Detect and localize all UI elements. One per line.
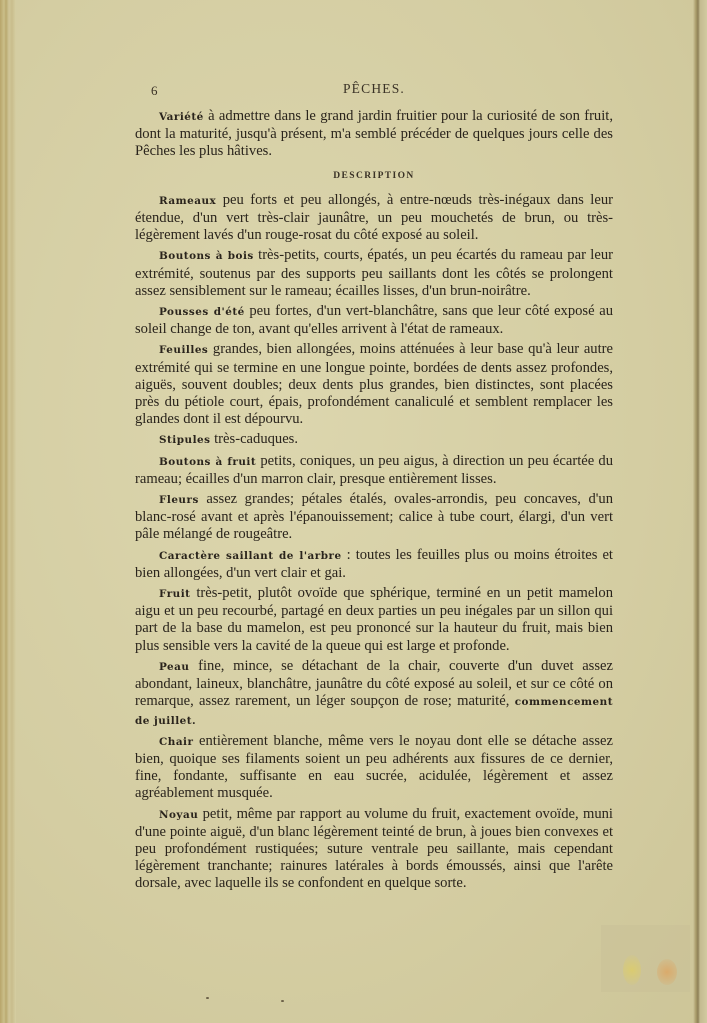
paragraph-term: Feuilles [159, 344, 208, 356]
running-head-title: PÊCHES. [135, 80, 613, 97]
paragraph-text: petit, même par rapport au volume du fru… [135, 806, 613, 892]
paragraph-term: Fruit [159, 588, 190, 600]
description-paragraph-fruit: Fruit très-petit, plutôt ovoïde que sphé… [135, 585, 613, 655]
paper-speck [281, 1000, 284, 1002]
description-paragraph-stipules: Stipules très-caduques. [135, 431, 613, 449]
section-title: DESCRIPTION [135, 168, 613, 185]
paragraph-term: Fleurs [159, 494, 199, 506]
description-paragraph-caractere: Caractère saillant de l'arbre : toutes l… [135, 547, 613, 582]
book-spine-edge [0, 0, 16, 1023]
paragraph-term: Chair [159, 736, 193, 748]
description-paragraph-rameaux: Rameaux peu forts et peu allongés, à ent… [135, 192, 613, 245]
paragraph-term: Caractère saillant de l'arbre [159, 550, 342, 562]
paragraph-term: Pousses d'été [159, 306, 245, 318]
fruit-shape [623, 955, 641, 985]
description-paragraph-peau: Peau fine, mince, se détachant de la cha… [135, 658, 613, 730]
description-paragraph-chair: Chair entièrement blanche, même vers le … [135, 733, 613, 803]
paragraph-term: Boutons à bois [159, 250, 254, 262]
intro-paragraph: Variété à admettre dans le grand jardin … [135, 108, 613, 161]
paragraph-text: entièrement blanche, même vers le noyau … [135, 733, 613, 802]
paragraph-text: assez grandes; pétales étalés, ovales-ar… [135, 491, 613, 542]
running-head: 6 PÊCHES. [135, 78, 613, 102]
description-paragraph-boutons-a-fruit: Boutons à fruit petits, coniques, un peu… [135, 453, 613, 488]
paragraph-term: Boutons à fruit [159, 456, 256, 468]
description-paragraph-feuilles: Feuilles grandes, bien allongées, moins … [135, 341, 613, 428]
paragraph-term: Stipules [159, 434, 210, 446]
page-right-edge [693, 0, 707, 1023]
show-through-fruit-illustration [601, 925, 690, 992]
book-page: 6 PÊCHES. Variété à admettre dans le gra… [0, 0, 707, 1023]
paragraph-term: Noyau [159, 809, 198, 821]
page-text: 6 PÊCHES. Variété à admettre dans le gra… [135, 78, 613, 896]
paragraph-text: très-caduques. [210, 431, 298, 447]
fruit-shape [657, 959, 677, 985]
description-paragraph-fleurs: Fleurs assez grandes; pétales étalés, ov… [135, 491, 613, 544]
description-paragraph-boutons-a-bois: Boutons à bois très-petits, courts, épat… [135, 247, 613, 300]
paragraph-term: Rameaux [159, 195, 216, 207]
description-paragraph-noyau: Noyau petit, même par rapport au volume … [135, 806, 613, 893]
paragraph-term: Peau [159, 661, 189, 673]
intro-lead-term: Variété [159, 111, 204, 123]
paragraph-text: très-petit, plutôt ovoïde que sphérique,… [135, 585, 613, 654]
description-paragraph-pousses-d-ete: Pousses d'été peu fortes, d'un vert-blan… [135, 303, 613, 338]
intro-text: à admettre dans le grand jardin fruitier… [135, 108, 613, 159]
paper-speck [206, 997, 209, 999]
